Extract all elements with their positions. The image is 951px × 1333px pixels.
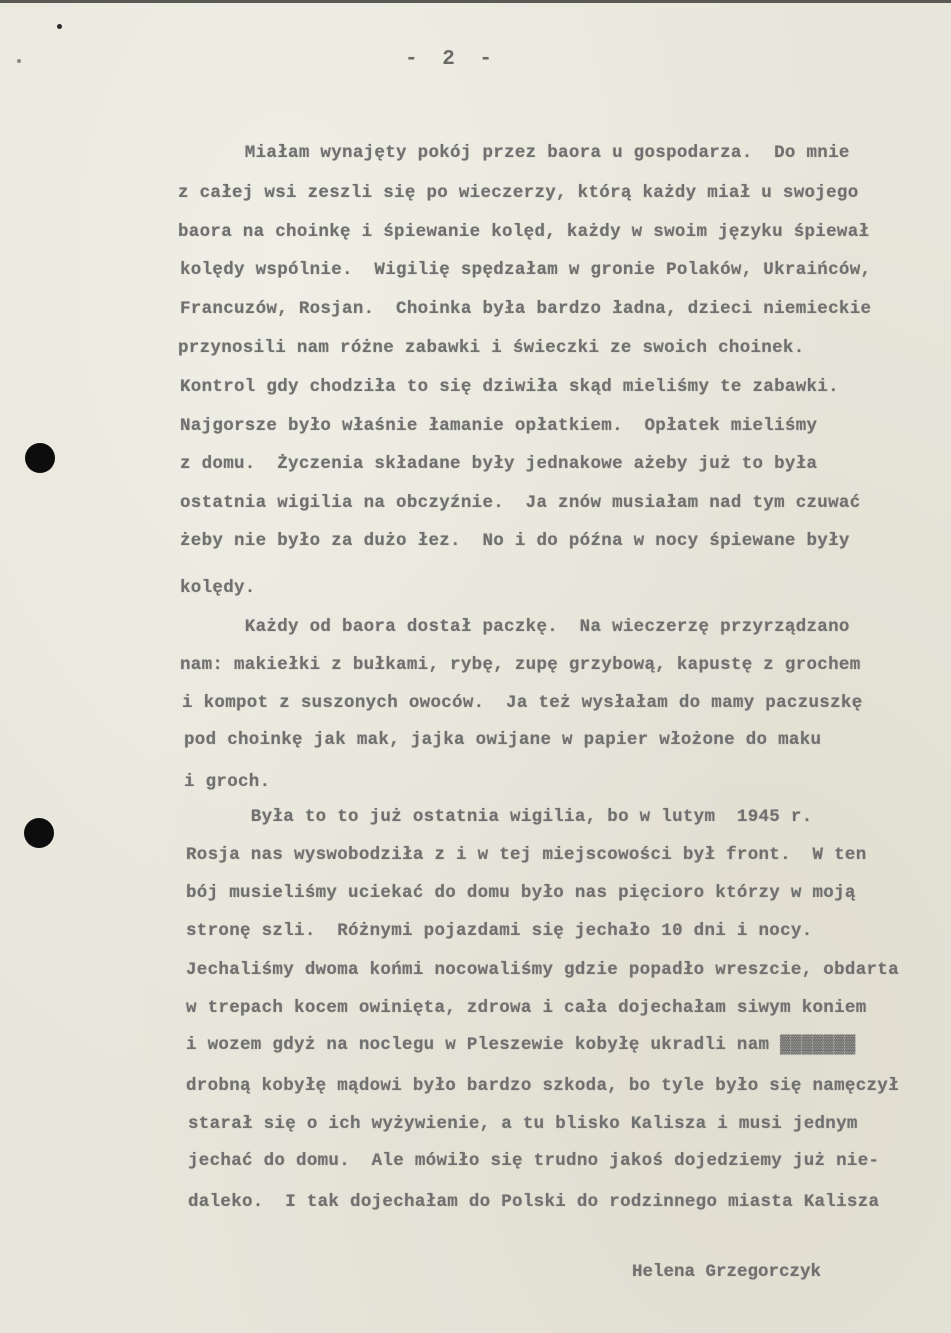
- text-line: pod choinkę jak mak, jajka owijane w pap…: [184, 730, 821, 750]
- text-line: bój musieliśmy uciekać do domu było nas …: [186, 883, 856, 903]
- text-line: Każdy od baora dostał paczkę. Na wieczer…: [180, 617, 850, 637]
- text-line: z całej wsi zeszli się po wieczerzy, któ…: [178, 183, 859, 203]
- text-line: Miałam wynajęty pokój przez baora u gosp…: [180, 143, 850, 163]
- text-line: kolędy.: [180, 578, 256, 598]
- text-line: i kompot z suszonych owoców. Ja też wysł…: [182, 693, 863, 713]
- text-line: w trepach kocem owinięta, zdrowa i cała …: [186, 998, 867, 1018]
- text-line: drobną kobyłę mądowi było bardzo szkoda,…: [186, 1076, 899, 1096]
- text-line: Kontrol gdy chodziła to się dziwiła skąd…: [180, 377, 839, 397]
- text-line: Jechaliśmy dwoma końmi nocowaliśmy gdzie…: [186, 960, 899, 980]
- punch-hole-lower: [24, 818, 54, 848]
- text-line: daleko. I tak dojechałam do Polski do ro…: [188, 1192, 879, 1212]
- text-line: stronę szli. Różnymi pojazdami się jecha…: [186, 921, 813, 941]
- document-page: - 2 - Miałam wynajęty pokój przez baora …: [0, 0, 951, 1333]
- text-line: kolędy wspólnie. Wigilię spędzałam w gro…: [180, 260, 871, 280]
- text-line: Była to to już ostatnia wigilia, bo w lu…: [186, 807, 813, 827]
- text-line: Najgorsze było właśnie łamanie opłatkiem…: [180, 416, 817, 436]
- text-line: nam: makiełki z bułkami, rybę, zupę grzy…: [180, 655, 861, 675]
- text-line: Francuzów, Rosjan. Choinka była bardzo ł…: [180, 299, 871, 319]
- text-line: z domu. Życzenia składane były jednakowe…: [180, 454, 817, 474]
- text-line: Rosja nas wyswobodziła z i w tej miejsco…: [186, 845, 867, 865]
- page-number: - 2 -: [405, 48, 498, 71]
- text-line: baora na choinkę i śpiewanie kolęd, każd…: [178, 222, 869, 242]
- text-line: i groch.: [184, 772, 270, 792]
- text-line: starał się o ich wyżywienie, a tu blisko…: [188, 1114, 858, 1134]
- text-line: przynosili nam różne zabawki i świeczki …: [178, 338, 805, 358]
- signature: Helena Grzegorczyk: [632, 1262, 821, 1282]
- text-line: ostatnia wigilia na obczyźnie. Ja znów m…: [180, 493, 861, 513]
- ink-speck: [57, 24, 62, 29]
- ink-speck: [17, 59, 21, 63]
- text-line: jechać do domu. Ale mówiło się trudno ja…: [188, 1151, 879, 1171]
- punch-hole-upper: [25, 443, 55, 473]
- text-line: i wozem gdyż na noclegu w Pleszewie koby…: [186, 1035, 856, 1055]
- text-line: żeby nie było za dużo łez. No i do późna…: [180, 531, 850, 551]
- scan-top-edge: [0, 0, 951, 3]
